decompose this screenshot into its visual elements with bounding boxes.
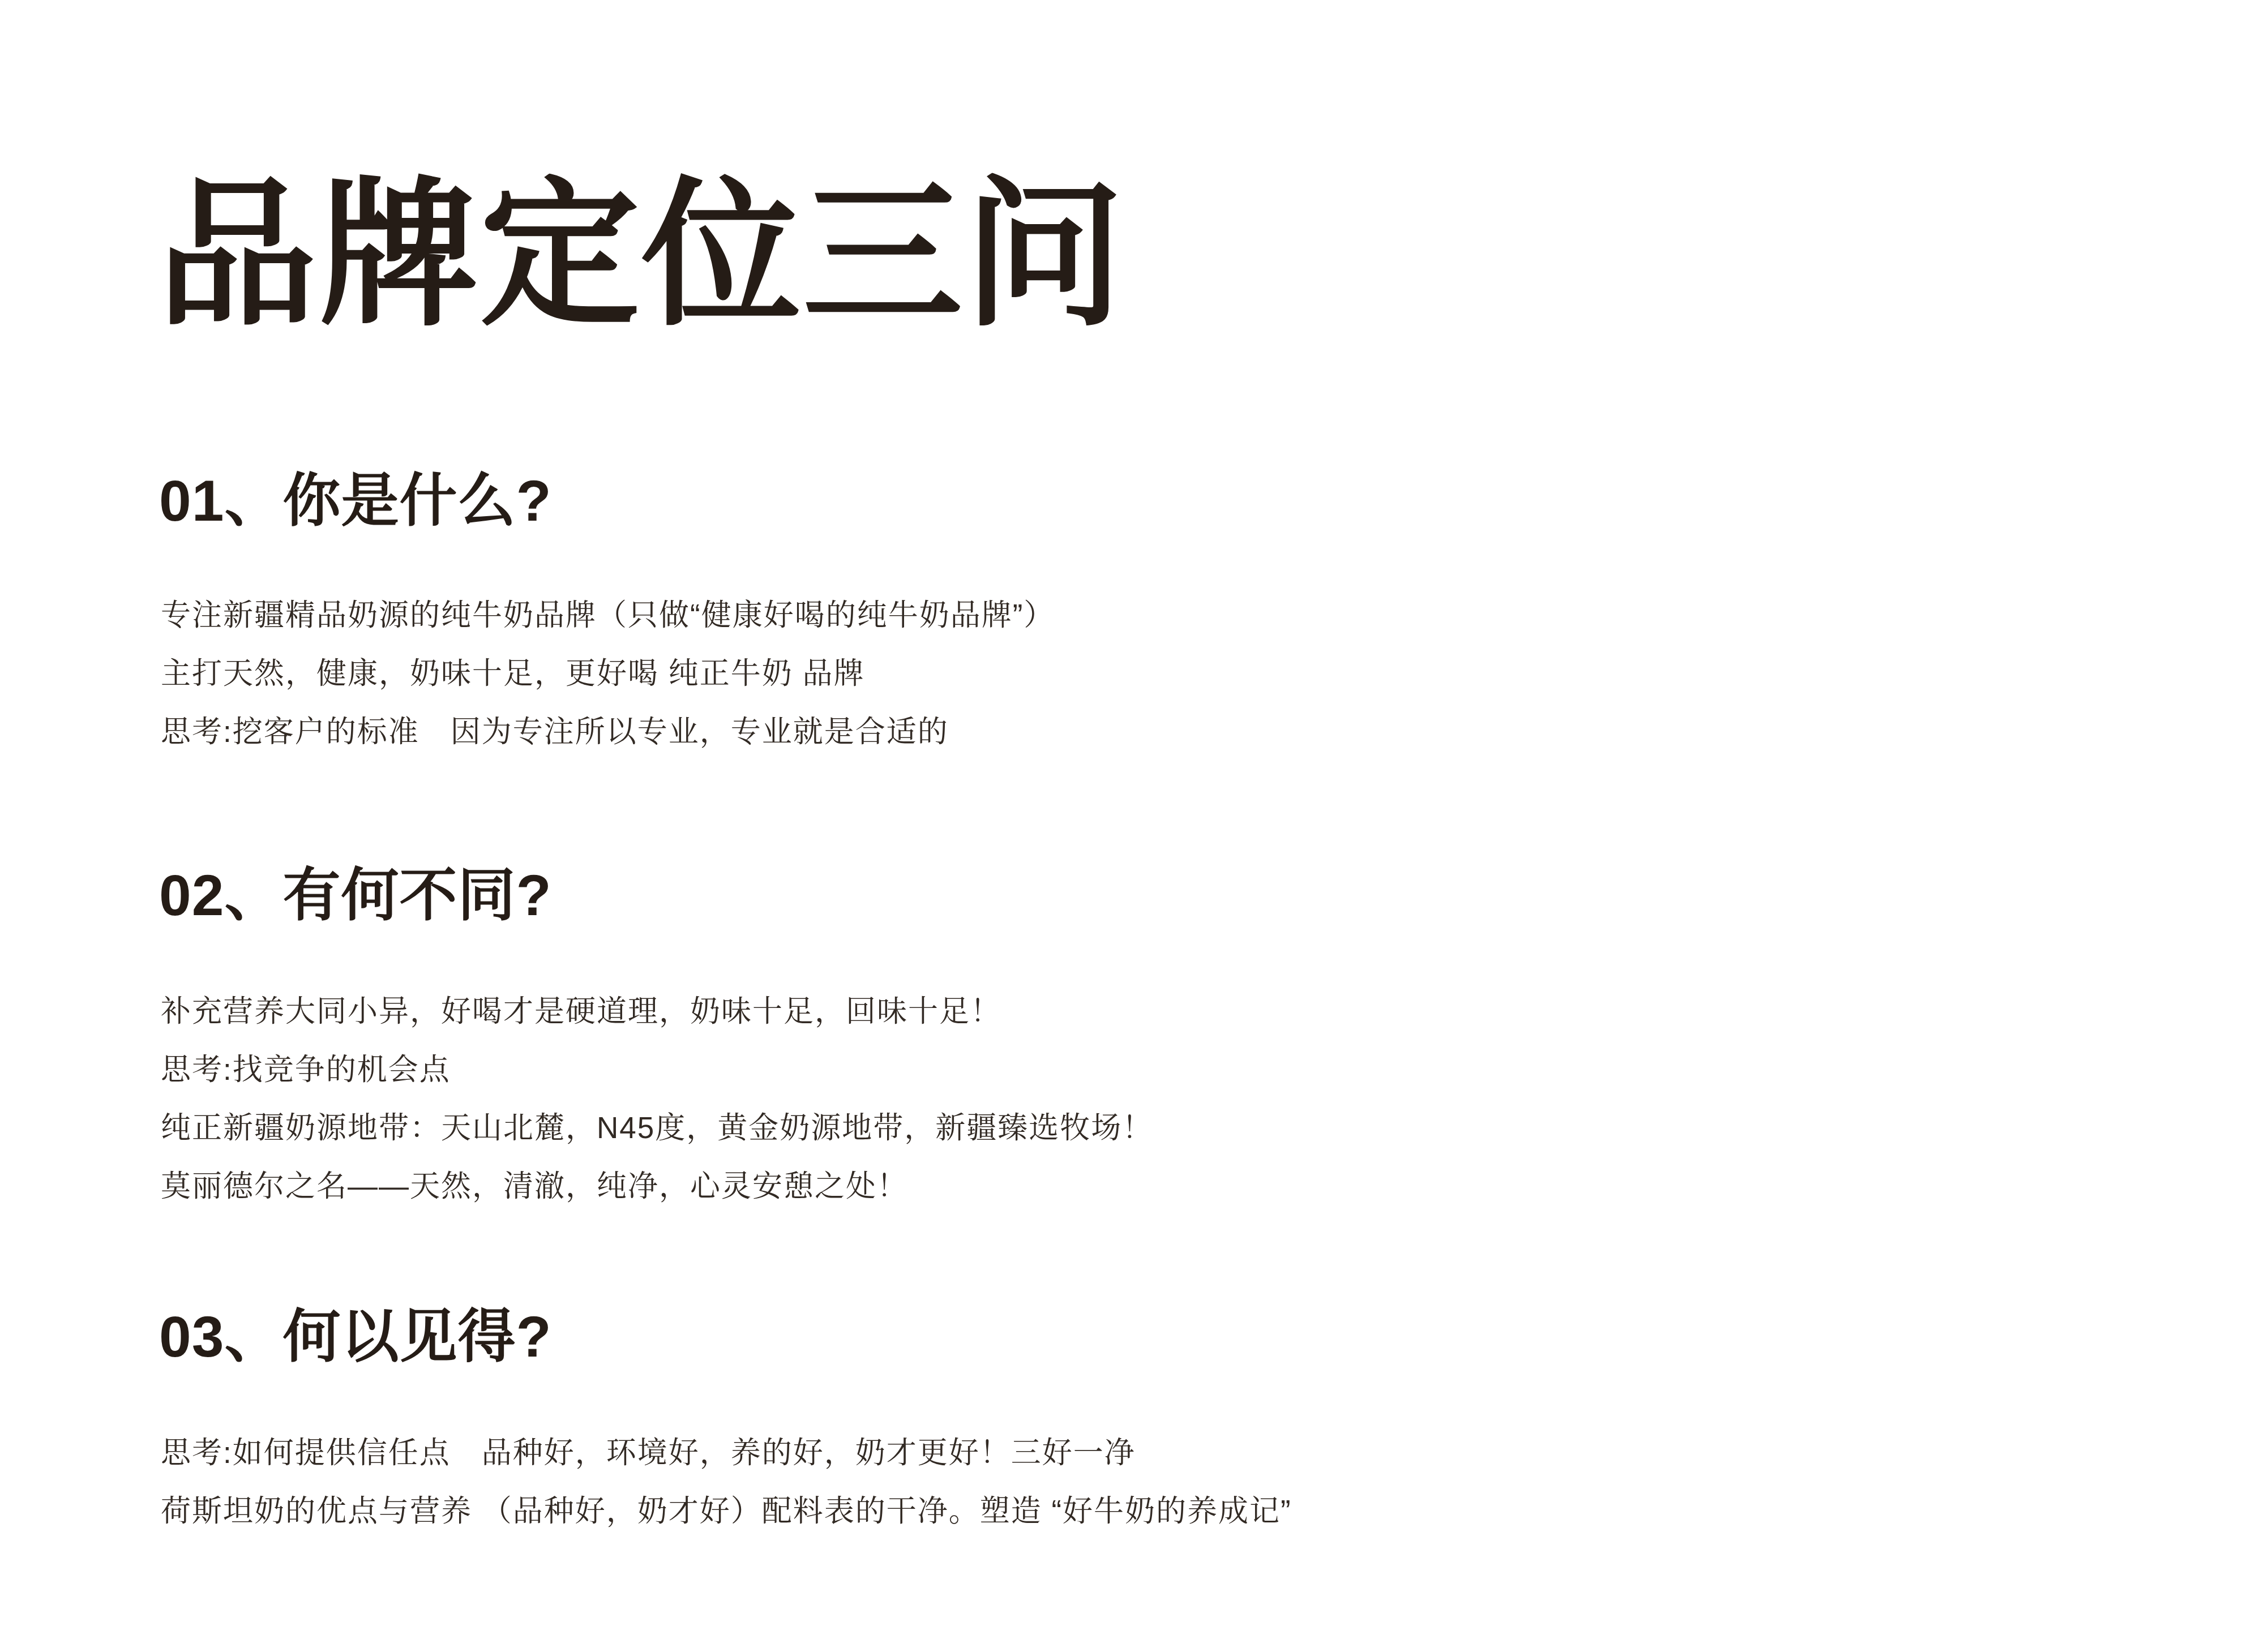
section-2-line: 思考:找竞争的机会点	[161, 1041, 1153, 1099]
section-1-heading: 01、你是什么?	[159, 466, 552, 535]
section-3-line: 思考:如何提供信任点 品种好，环境好，养的好，奶才更好！三好一净	[161, 1424, 1292, 1482]
section-3-heading: 03、何以见得?	[159, 1302, 552, 1371]
section-1-body: 专注新疆精品奶源的纯牛奶品牌（只做“健康好喝的纯牛奶品牌”） 主打天然，健康，奶…	[161, 586, 1055, 761]
slide-canvas: 品牌定位三问 01、你是什么? 专注新疆精品奶源的纯牛奶品牌（只做“健康好喝的纯…	[0, 0, 2265, 1652]
section-2-line: 补充营养大同小异，好喝才是硬道理，奶味十足，回味十足！	[161, 982, 1153, 1041]
section-1-line: 思考:挖客户的标准 因为专注所以专业，专业就是合适的	[161, 703, 1055, 761]
section-1-line: 专注新疆精品奶源的纯牛奶品牌（只做“健康好喝的纯牛奶品牌”）	[161, 586, 1055, 645]
section-2-line: 莫丽德尔之名——天然，清澈，纯净，心灵安憩之处！	[161, 1157, 1153, 1216]
section-2-body: 补充营养大同小异，好喝才是硬道理，奶味十足，回味十足！ 思考:找竞争的机会点 纯…	[161, 982, 1153, 1216]
section-2-line: 纯正新疆奶源地带：天山北麓，N45度，黄金奶源地带，新疆臻选牧场！	[161, 1099, 1153, 1157]
page-title: 品牌定位三问	[157, 168, 1125, 343]
section-3-body: 思考:如何提供信任点 品种好，环境好，养的好，奶才更好！三好一净 荷斯坦奶的优点…	[161, 1424, 1292, 1541]
section-3-line: 荷斯坦奶的优点与营养 （品种好，奶才好）配料表的干净。塑造 “好牛奶的养成记”	[161, 1482, 1292, 1541]
section-1-line: 主打天然，健康，奶味十足，更好喝 纯正牛奶 品牌	[161, 645, 1055, 703]
section-2-heading: 02、有何不同?	[159, 861, 552, 930]
